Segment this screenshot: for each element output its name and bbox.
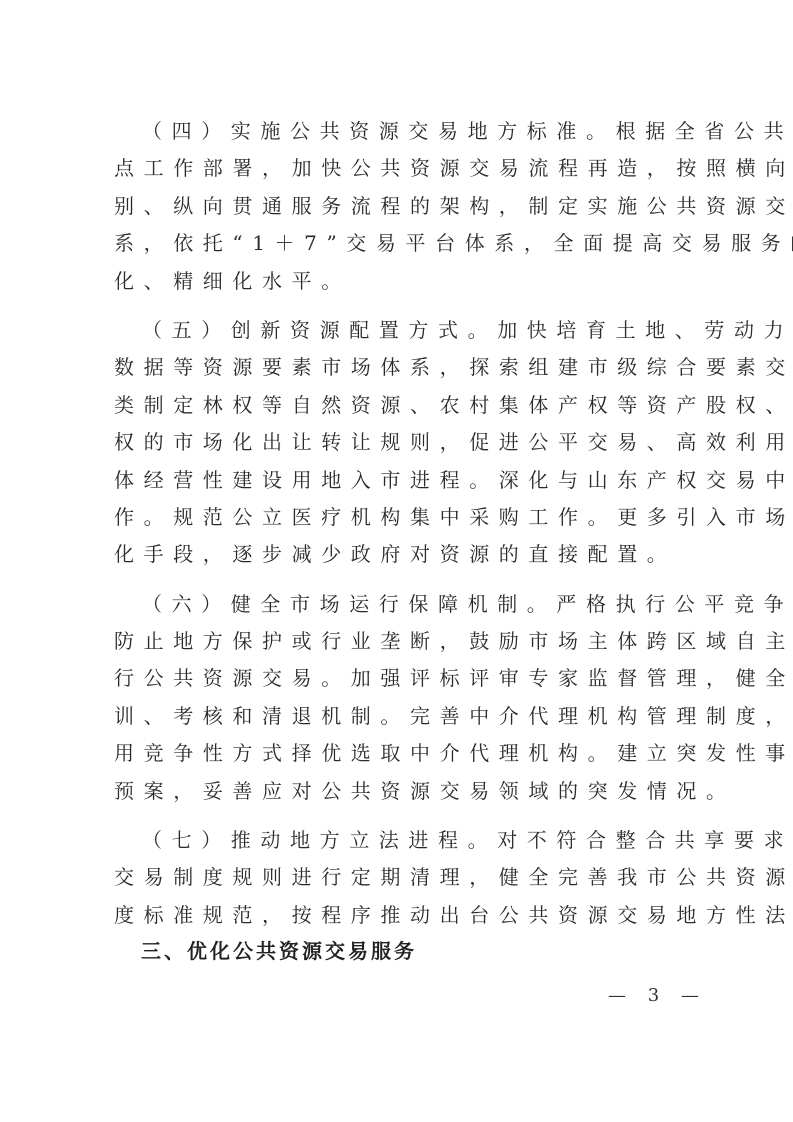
text-line: （六）健全市场运行保障机制。严格执行公平竞争审查制度， xyxy=(114,586,694,623)
text-line: 点工作部署，加快公共资源交易流程再造，按照横向涵盖交易类 xyxy=(114,150,694,187)
text-line: 权的市场化出让转让规则，促进公平交易、高效利用。加快农村集 xyxy=(114,424,694,461)
body-text: （四）实施公共资源交易地方标准。根据全省公共资源交易试 点工作部署，加快公共资源… xyxy=(114,113,694,934)
text-line: 行公共资源交易。加强评标评审专家监督管理，健全专家征集、培 xyxy=(114,660,694,697)
text-line: 防止地方保护或行业垄断，鼓励市场主体跨区域自主选择平台进 xyxy=(114,623,694,660)
paragraph-gap xyxy=(114,810,694,822)
paragraph-gap xyxy=(114,574,694,586)
text-line: 数据等资源要素市场体系，探索组建市级综合要素交易集团。分 xyxy=(114,349,694,386)
paragraph-gap xyxy=(114,300,694,312)
text-line: （七）推动地方立法进程。对不符合整合共享要求的公共资源 xyxy=(114,822,694,859)
paragraph-7: （七）推动地方立法进程。对不符合整合共享要求的公共资源 交易制度规则进行定期清理… xyxy=(114,822,694,934)
paragraph-6: （六）健全市场运行保障机制。严格执行公平竞争审查制度， 防止地方保护或行业垄断，… xyxy=(114,586,694,810)
text-line: 交易制度规则进行定期清理，健全完善我市公共资源交易相关制 xyxy=(114,859,694,896)
text-line: （五）创新资源配置方式。加快培育土地、劳动力、资本、技术、 xyxy=(114,312,694,349)
text-line: （四）实施公共资源交易地方标准。根据全省公共资源交易试 xyxy=(114,113,694,150)
text-line: 别、纵向贯通服务流程的架构，制定实施公共资源交易地方标准体 xyxy=(114,188,694,225)
paragraph-4: （四）实施公共资源交易地方标准。根据全省公共资源交易试 点工作部署，加快公共资源… xyxy=(114,113,694,300)
text-line: 预案，妥善应对公共资源交易领域的突发情况。 xyxy=(114,773,694,810)
text-line: 化手段，逐步减少政府对资源的直接配置。 xyxy=(114,536,694,573)
text-line: 训、考核和清退机制。完善中介代理机构管理制度，鼓励招标人采 xyxy=(114,698,694,735)
section-heading: 三、优化公共资源交易服务 xyxy=(141,935,417,964)
text-line: 度标准规范，按程序推动出台公共资源交易地方性法规。 xyxy=(114,897,694,934)
text-line: 系，依托“1＋7”交易平台体系，全面提高交易服务的规范化、标准 xyxy=(114,225,694,262)
text-line: 体经营性建设用地入市进程。深化与山东产权交易中心的战略合 xyxy=(114,462,694,499)
text-line: 化、精细化水平。 xyxy=(114,263,694,300)
page-number: — 3 — xyxy=(608,985,707,1006)
document-page: （四）实施公共资源交易地方标准。根据全省公共资源交易试 点工作部署，加快公共资源… xyxy=(0,0,793,1122)
paragraph-5: （五）创新资源配置方式。加快培育土地、劳动力、资本、技术、 数据等资源要素市场体… xyxy=(114,312,694,574)
text-line: 类制定林权等自然资源、农村集体产权等资产股权、排污权等环境 xyxy=(114,387,694,424)
text-line: 用竞争性方式择优选取中介代理机构。建立突发性事件应急处理 xyxy=(114,735,694,772)
text-line: 作。规范公立医疗机构集中采购工作。更多引入市场机制和市场 xyxy=(114,499,694,536)
